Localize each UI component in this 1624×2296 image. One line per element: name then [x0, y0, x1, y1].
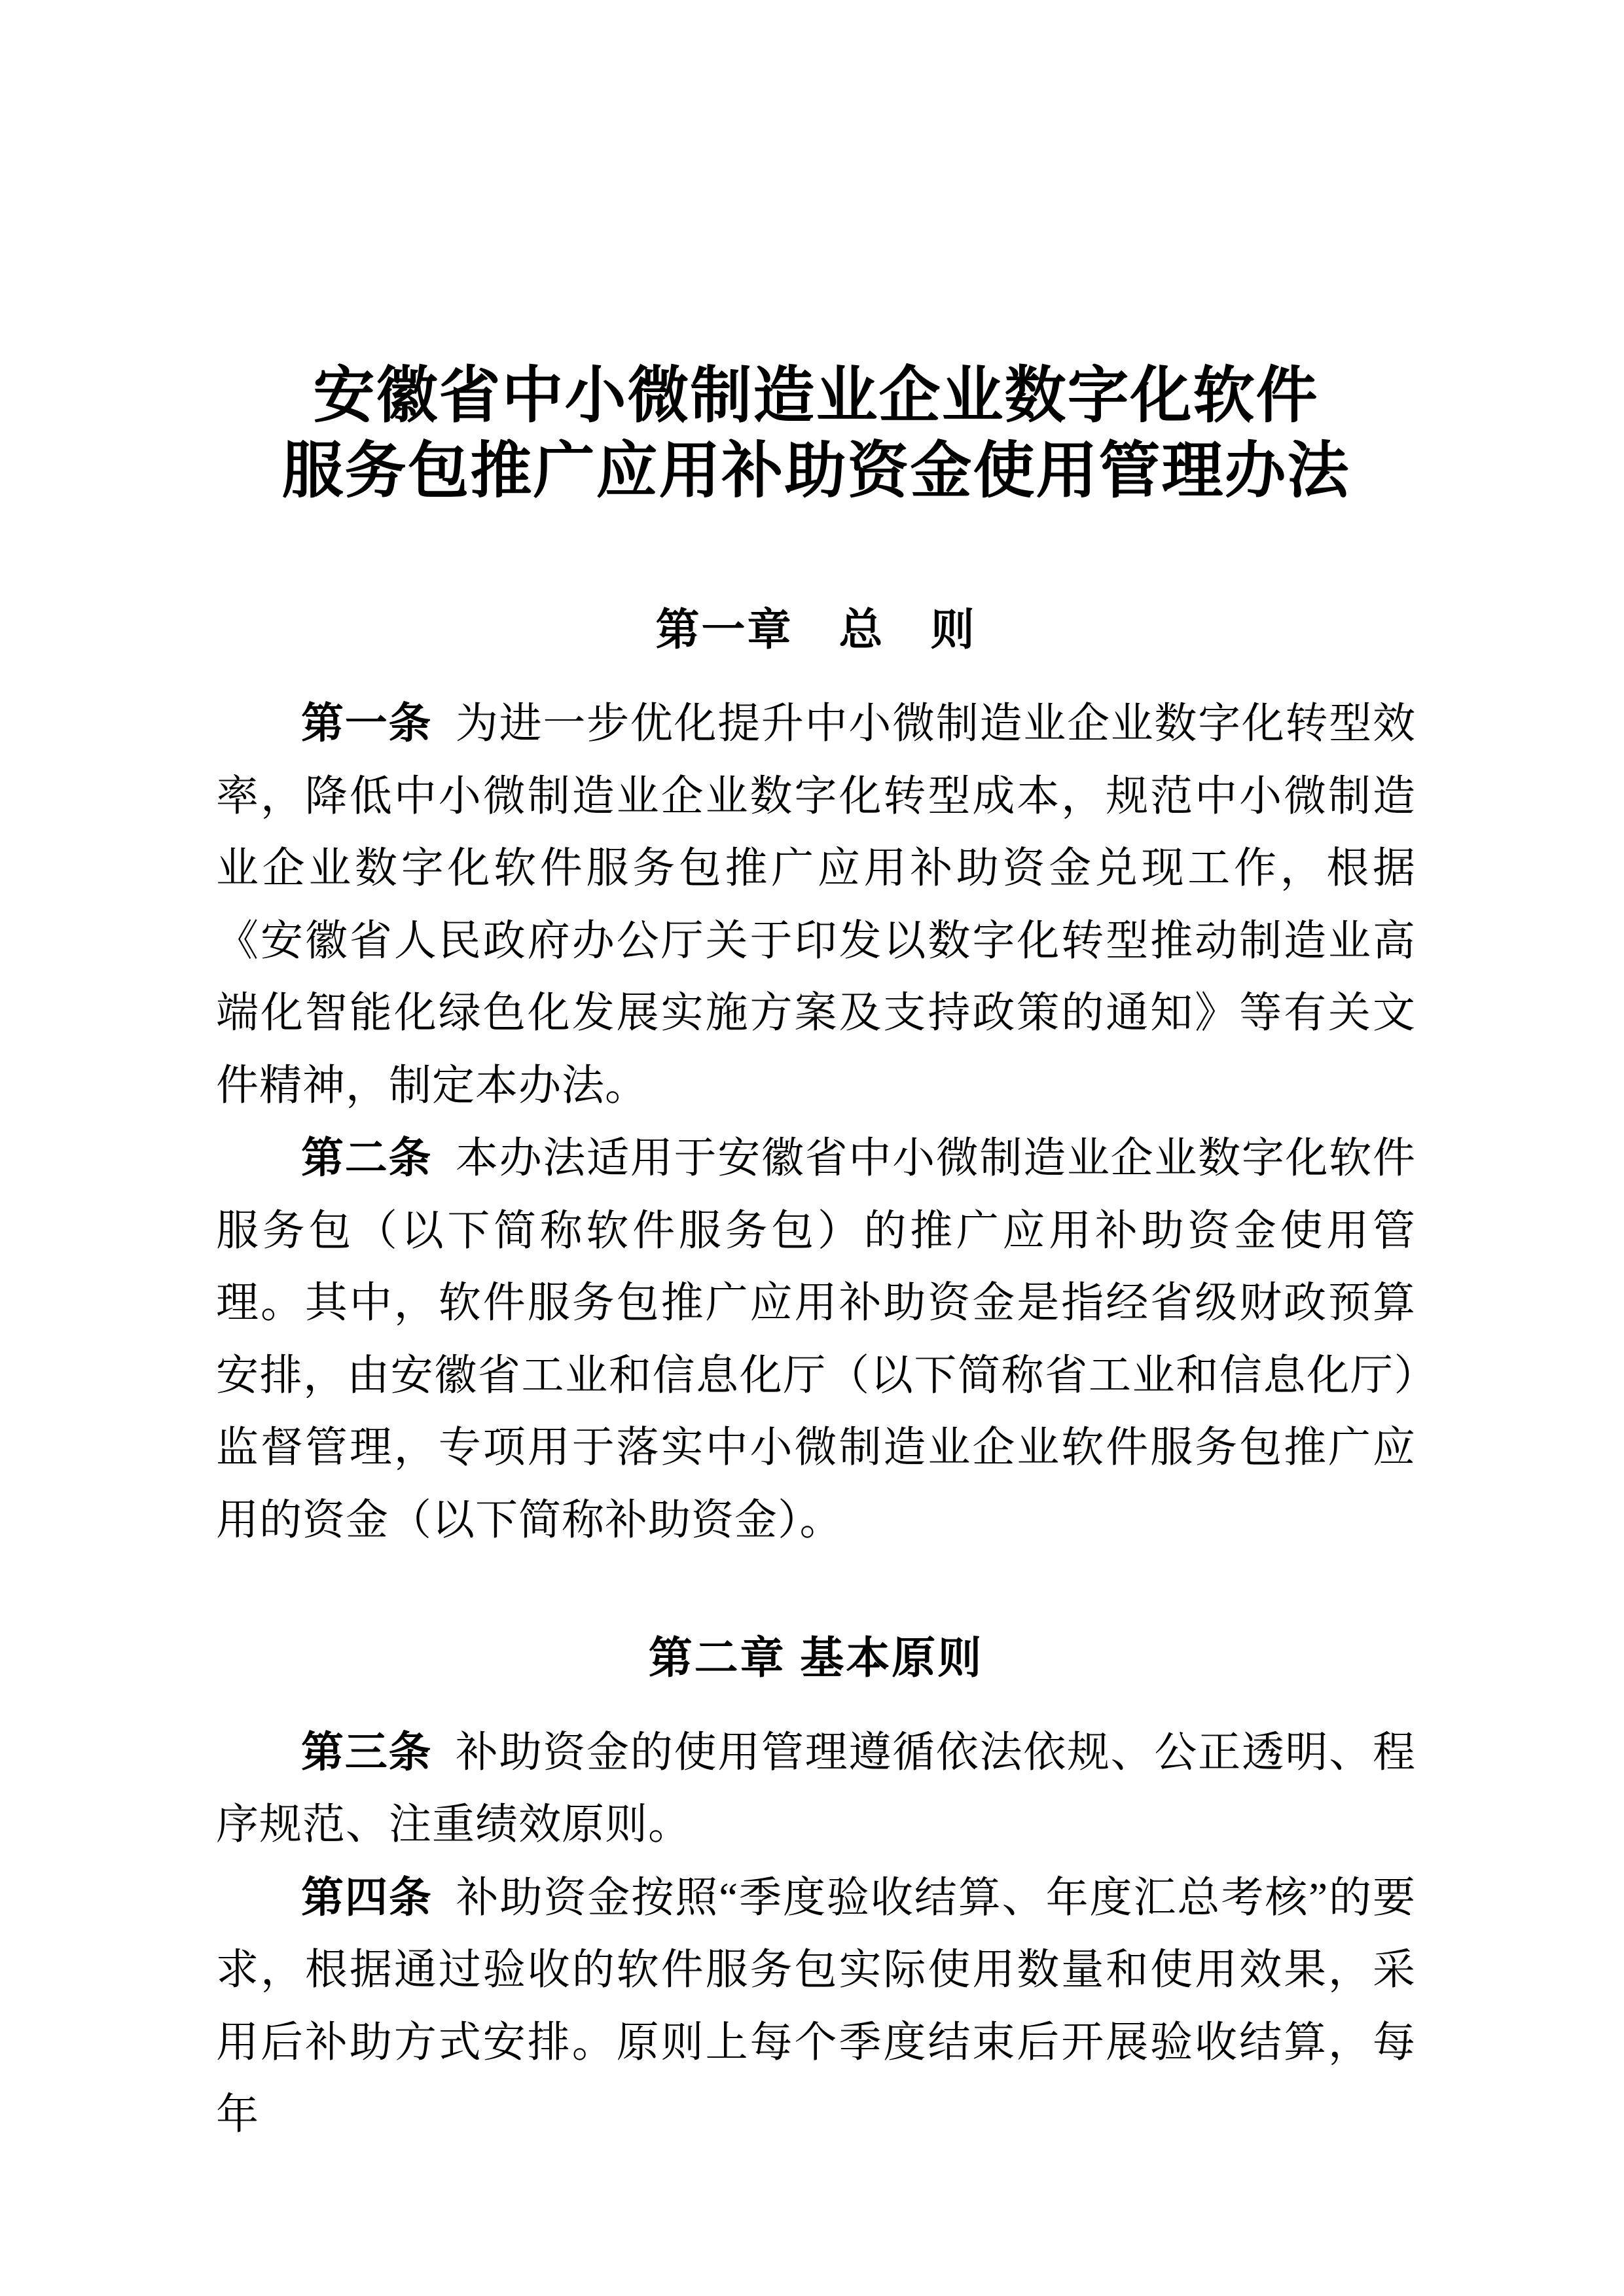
article-3-number: 第三条 [301, 1728, 432, 1776]
chapter-2-heading: 第二章 基本原则 [216, 1630, 1416, 1687]
document-page: 安徽省中小微制造业企业数字化软件 服务包推广应用补助资金使用管理办法 第一章 总… [0, 0, 1624, 2296]
article-2: 第二条本办法适用于安徽省中小微制造业企业数字化软件服务包（以下简称软件服务包）的… [216, 1122, 1416, 1556]
article-4-number: 第四条 [301, 1873, 433, 1921]
article-1-number: 第一条 [301, 699, 432, 747]
article-1: 第一条为进一步优化提升中小微制造业企业数字化转型效率，降低中小微制造业企业数字化… [216, 687, 1416, 1122]
chapter-1-heading: 第一章 总 则 [216, 601, 1416, 658]
chapter-basic-principles: 第二章 基本原则 第三条补助资金的使用管理遵循依法依规、公正透明、程序规范、注重… [216, 1630, 1416, 2151]
document-title: 安徽省中小微制造业企业数字化软件 服务包推广应用补助资金使用管理办法 [216, 359, 1416, 509]
document-title-line-2: 服务包推广应用补助资金使用管理办法 [216, 434, 1416, 509]
article-1-text: 为进一步优化提升中小微制造业企业数字化转型效率，降低中小微制造业企业数字化转型成… [216, 700, 1416, 1109]
article-2-text: 本办法适用于安徽省中小微制造业企业数字化软件服务包（以下简称软件服务包）的推广应… [216, 1135, 1416, 1544]
article-3: 第三条补助资金的使用管理遵循依法依规、公正透明、程序规范、注重绩效原则。 [216, 1716, 1416, 1861]
article-2-number: 第二条 [301, 1134, 432, 1181]
chapter-general-provisions: 第一章 总 则 第一条为进一步优化提升中小微制造业企业数字化转型效率，降低中小微… [216, 601, 1416, 1556]
document-title-line-1: 安徽省中小微制造业企业数字化软件 [216, 359, 1416, 434]
article-4: 第四条补助资金按照“季度验收结算、年度汇总考核”的要求，根据通过验收的软件服务包… [216, 1861, 1416, 2151]
